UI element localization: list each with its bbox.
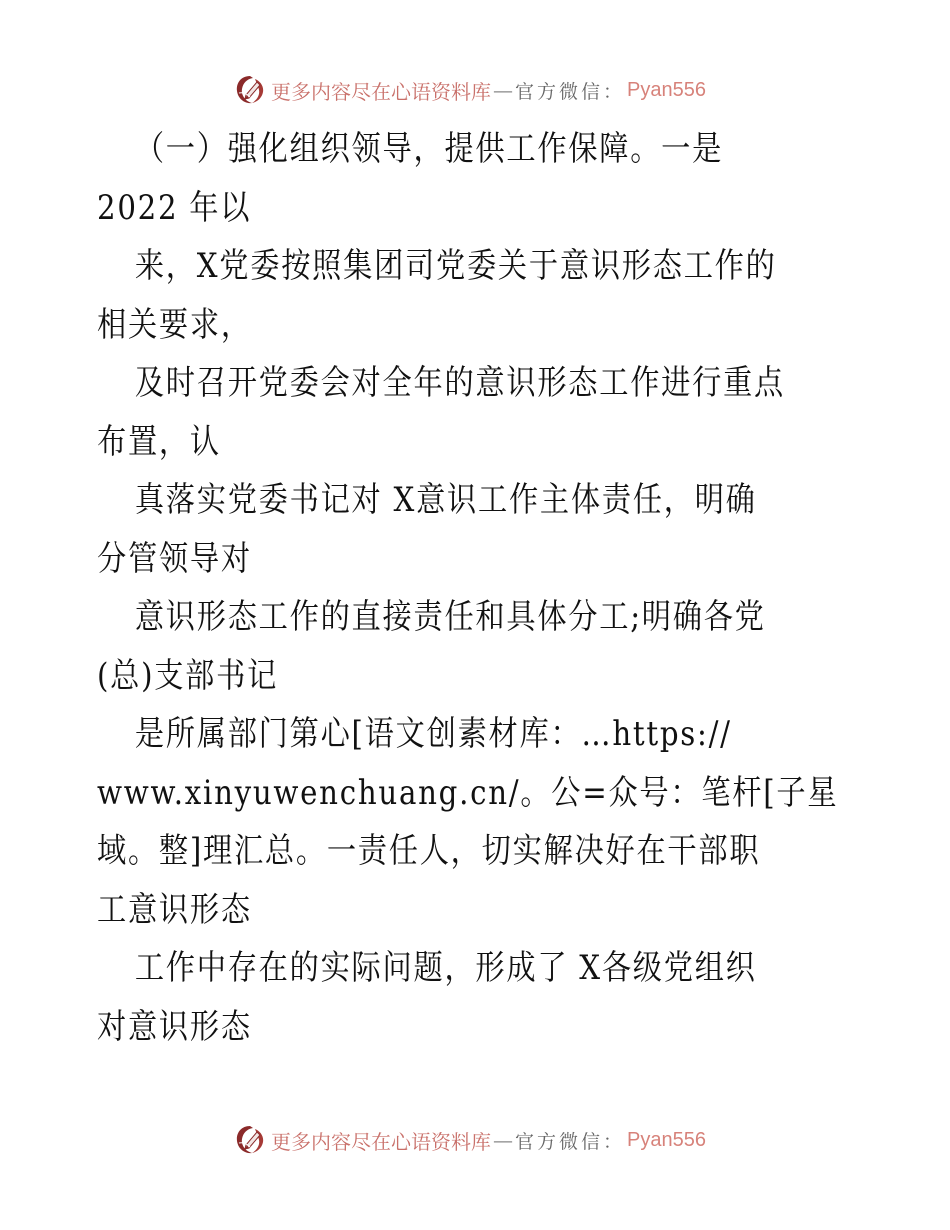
banner-dash: —: [493, 1128, 513, 1152]
quill-pen-logo-icon: [233, 1123, 267, 1157]
text-line: 布置，认: [97, 413, 751, 472]
brand-text: 更多内容尽在心语资料库: [271, 1126, 491, 1155]
brand-text: 更多内容尽在心语资料库: [271, 76, 491, 105]
text-line: 真落实党委书记对 X意识工作主体责任，明确: [97, 471, 751, 530]
text-line: 及时召开党委会对全年的意识形态工作进行重点: [97, 354, 751, 413]
text-line: （一）强化组织领导，提供工作保障。一是: [97, 120, 751, 179]
text-line: 域。整]理汇总。一责任人，切实解决好在干部职: [97, 822, 751, 881]
header-banner: 更多内容尽在心语资料库 — 官方微信： Pyan556: [233, 72, 706, 108]
text-line: 对意识形态: [97, 998, 751, 1057]
text-line: www.xinyuwenchuang.cn/。公=众号：笔杆[子星: [97, 764, 751, 823]
banner-dash: —: [493, 78, 513, 102]
text-line: 是所属部门第心[语文创素材库：…https://: [97, 705, 751, 764]
text-line: 相关要求，: [97, 296, 751, 355]
text-line: 来，X党委按照集团司党委关于意识形态工作的: [97, 237, 751, 296]
text-line: 分管领导对: [97, 530, 751, 589]
text-line: (总)支部书记: [97, 647, 751, 706]
text-line: 2022 年以: [97, 179, 751, 238]
text-line: 工作中存在的实际问题，形成了 X各级党组织: [97, 939, 751, 998]
wechat-label: 官方微信：: [515, 1127, 625, 1154]
wechat-label: 官方微信：: [515, 77, 625, 104]
text-line: 意识形态工作的直接责任和具体分工;明确各党: [97, 588, 751, 647]
document-body: （一）强化组织领导，提供工作保障。一是 2022 年以 来，X党委按照集团司党委…: [97, 120, 857, 1056]
text-line: 工意识形态: [97, 881, 751, 940]
wechat-id: Pyan556: [627, 1129, 706, 1152]
quill-pen-logo-icon: [233, 73, 267, 107]
footer-banner: 更多内容尽在心语资料库 — 官方微信： Pyan556: [233, 1122, 706, 1158]
wechat-id: Pyan556: [627, 79, 706, 102]
